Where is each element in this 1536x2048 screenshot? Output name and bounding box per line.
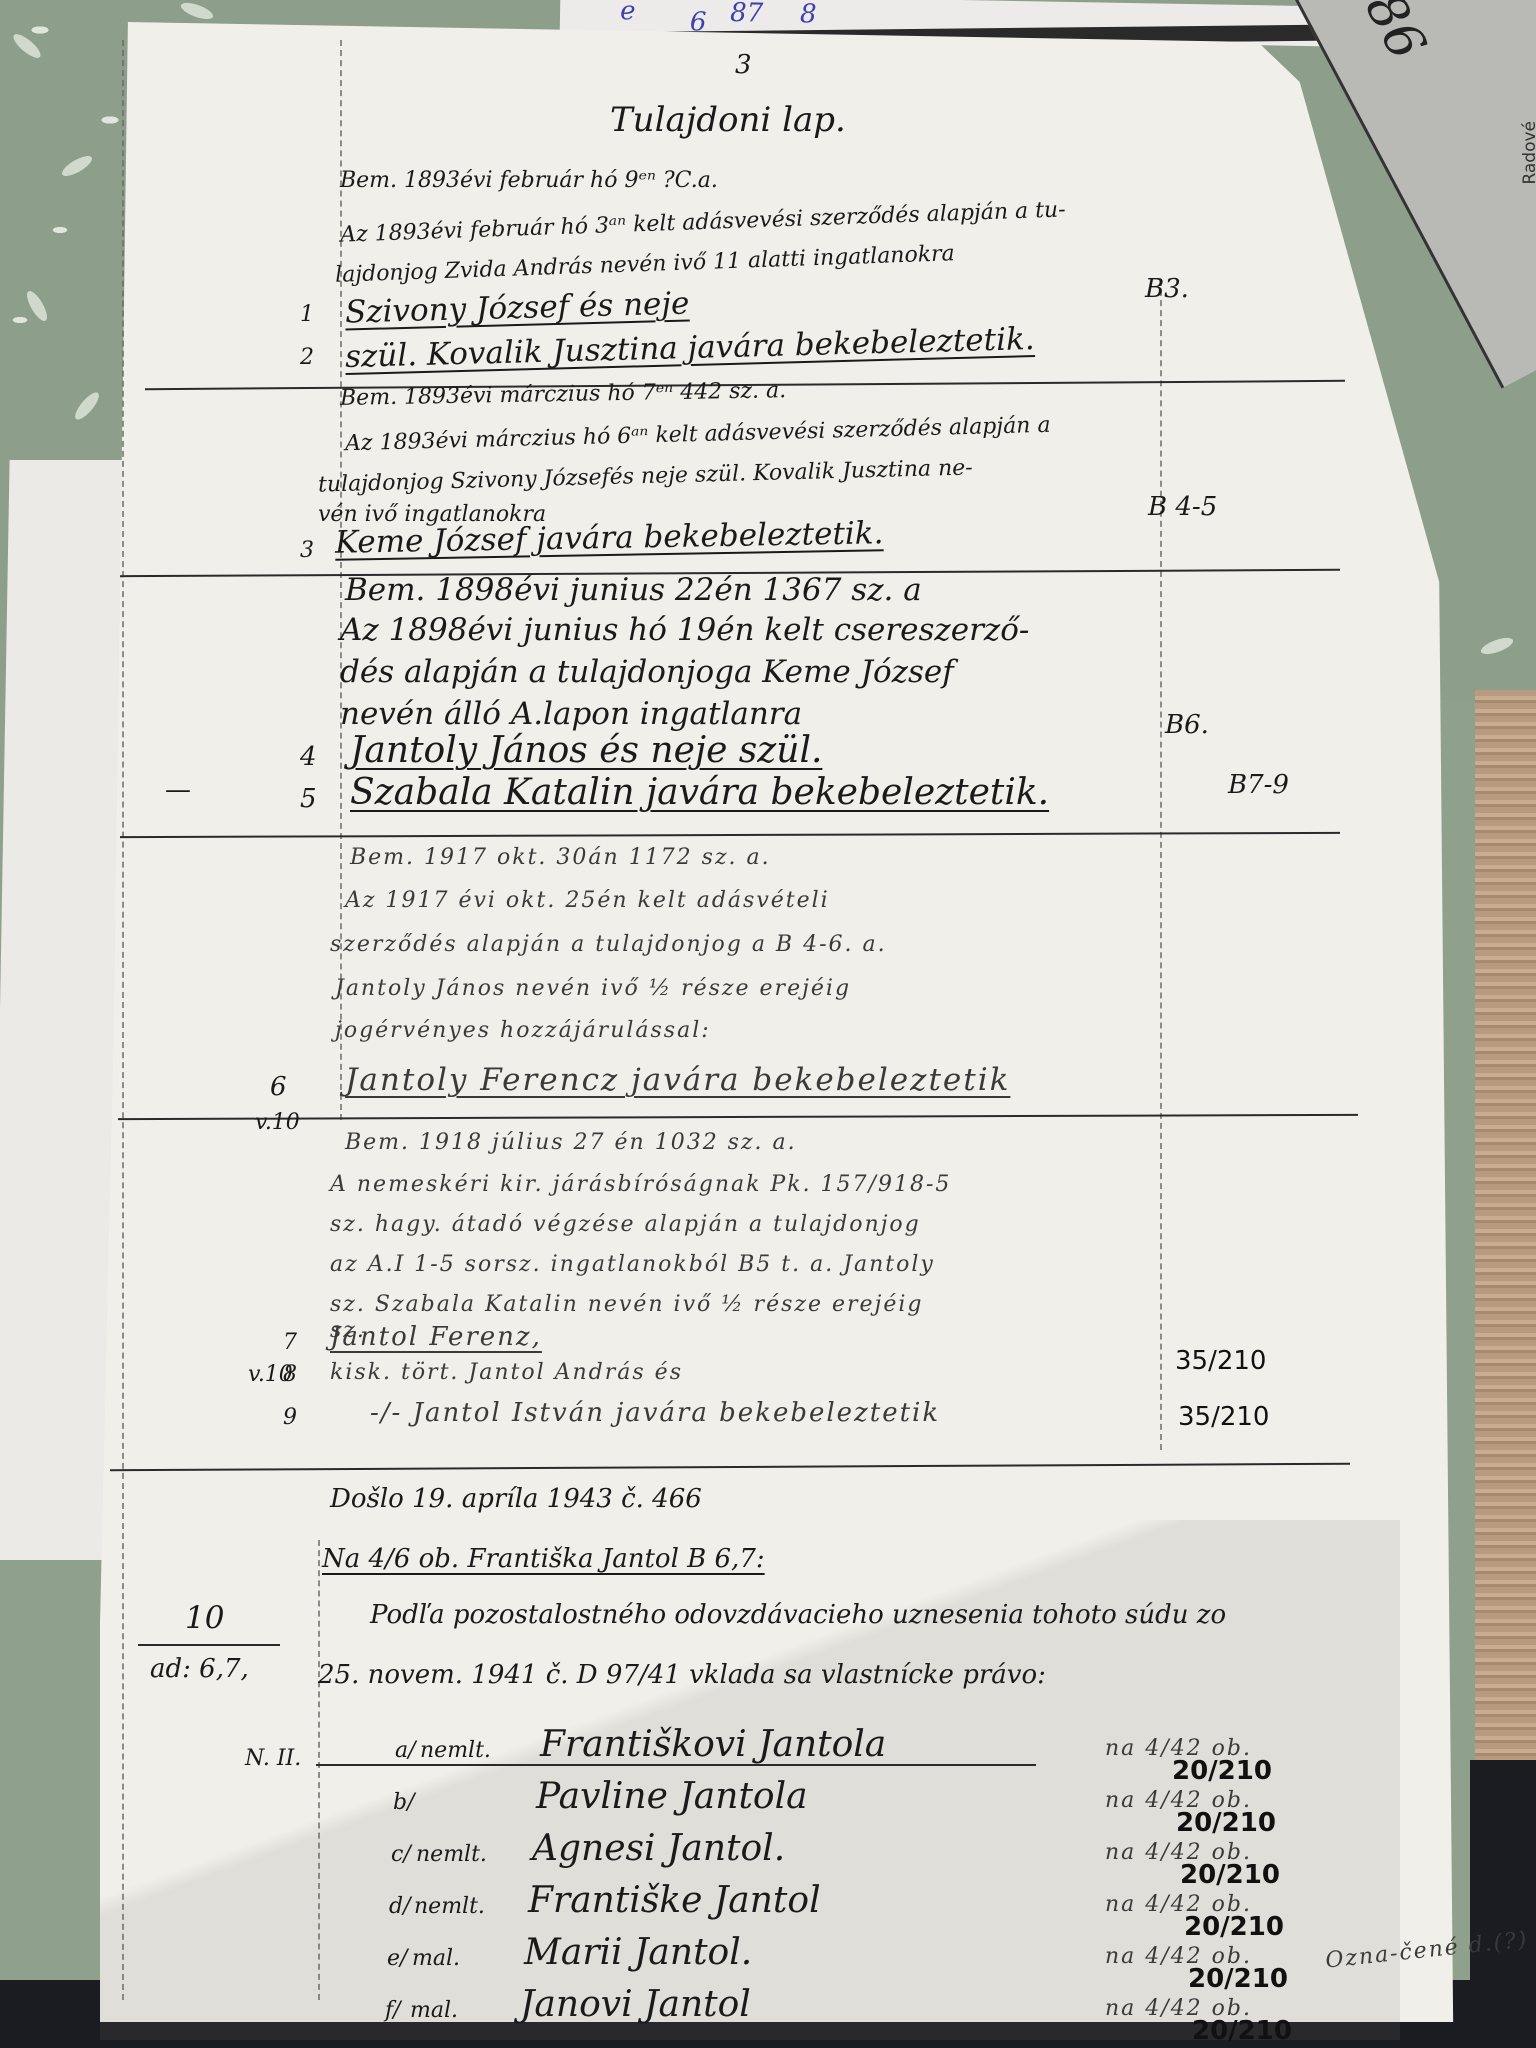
entry-text-line: 25. novem. 1941 č. D 97/41 vklada sa vla… <box>318 1660 1046 1690</box>
heir-prefix: mal. <box>412 1946 460 1971</box>
registration-note: Bem. 1918 július 27 én 1032 sz. a. <box>345 1130 797 1155</box>
blue-ink-mark: e <box>620 0 636 26</box>
entry-text-line: nevén álló A.lapon ingatlanra <box>340 696 802 732</box>
entry-text-line: az A.I 1-5 sorsz. ingatlanokból B5 t. a.… <box>330 1252 935 1277</box>
owner-number: 3 <box>300 538 314 563</box>
ownership-share: 20/210 <box>1172 1756 1272 1786</box>
ownership-share: 20/210 <box>1192 2016 1292 2046</box>
entry-text-line: szerződés alapján a tulajdonjog a B 4-6.… <box>330 932 887 957</box>
heir-label: e/ <box>387 1946 407 1971</box>
entry-text-line: sz. Szabala Katalin nevén ivő ½ része er… <box>330 1292 924 1317</box>
heir-prefix: nemlt. <box>416 1842 487 1867</box>
heir-label: b/ <box>393 1790 415 1815</box>
blue-ink-mark: 8 <box>800 0 817 29</box>
page-title: Tulajdoni lap. <box>610 100 846 140</box>
owner-number: 7 <box>283 1330 297 1355</box>
heir-prefix: nemlt. <box>414 1894 485 1919</box>
heir-prefix: mal. <box>410 1998 458 2023</box>
leaf-pattern <box>23 288 50 323</box>
entry-heading: Na 4/6 ob. Františka Jantol B 6,7: <box>322 1544 765 1574</box>
registration-note: Bem. 1893évi február hó 9ᵉⁿ ?C.a. <box>340 168 718 193</box>
heir-label: f/ <box>385 1998 401 2023</box>
entry-text-line: Az 1898évi junius hó 19én kelt csereszer… <box>340 612 1029 648</box>
sheet-reference: B6. <box>1165 710 1209 740</box>
registration-note: Bem. 1917 okt. 30án 1172 sz. a. <box>350 845 771 870</box>
owner-name: Jantol Ferenz, <box>330 1322 542 1352</box>
heir-prefix: nemlt. <box>420 1738 491 1763</box>
leaf-pattern <box>71 389 102 423</box>
sheet-reference: B7-9 <box>1228 770 1289 800</box>
owner-number: 9 <box>283 1405 297 1430</box>
ownership-share: 35/210 <box>1178 1402 1269 1432</box>
ownership-share: 35/210 <box>1175 1346 1266 1376</box>
entry-text-line: A nemeskéri kir. járásbíróságnak Pk. 157… <box>330 1172 951 1197</box>
margin-dash-mark: — <box>165 775 191 805</box>
heir-name: Agnesi Jantol. <box>532 1828 785 1869</box>
margin-reference: ad: 6,7, <box>150 1654 249 1684</box>
heir-label: d/ <box>389 1894 411 1919</box>
stamp-label: Radové číslo <box>1520 121 1536 185</box>
ownership-share: 20/210 <box>1176 1808 1276 1838</box>
heir-label: c/ <box>391 1842 411 1867</box>
ownership-share: 20/210 <box>1180 1860 1280 1890</box>
margin-note: v.10 <box>255 1110 300 1135</box>
heir-name: Janovi Jantol <box>520 1984 751 2025</box>
sheet-reference: B 4-5 <box>1148 492 1217 522</box>
received-note: Došlo 19. apríla 1943 č. 466 <box>330 1484 702 1514</box>
owner-name: Jantoly János és neje szül. <box>350 730 822 771</box>
registration-note: Bem. 1898évi junius 22én 1367 sz. a <box>345 572 922 608</box>
blue-ink-mark: 87 <box>730 0 764 29</box>
margin-sub-number: N. II. <box>245 1746 301 1771</box>
owner-name: -/- Jantol István javára bekebeleztetik <box>370 1398 940 1428</box>
entry-text-line: jogérvényes hozzájárulással: <box>335 1018 711 1043</box>
reference-column-rule <box>1160 280 1162 1450</box>
heir-label: a/ <box>395 1738 416 1763</box>
entry-text-line: Jantoly János nevén ivő ½ része erejéig <box>335 976 851 1001</box>
entry-text-line: Az 1917 évi okt. 25én kelt adásvételi <box>345 888 830 913</box>
leaf-pattern <box>59 152 94 179</box>
owner-name: Jantoly Ferencz javára bekebeleztetik <box>345 1062 1010 1098</box>
heir-name: Františke Jantol <box>528 1880 821 1921</box>
dark-surface <box>1470 1760 1536 2048</box>
column-rule <box>318 1540 320 2000</box>
leaf-pattern <box>1479 635 1515 658</box>
stamp-number: 86 <box>1353 0 1437 69</box>
owner-name: Szabala Katalin javára bekebeleztetik. <box>350 772 1049 813</box>
column-rule <box>340 40 342 1120</box>
owner-number: 6 <box>270 1072 287 1102</box>
page-number: 3 <box>735 50 752 80</box>
left-margin-rule <box>122 40 124 2000</box>
margin-note: v.10 <box>248 1362 293 1387</box>
owner-number: 2 <box>300 345 314 370</box>
heir-name: Pavline Jantola <box>536 1776 808 1817</box>
ownership-share: 20/210 <box>1184 1912 1284 1942</box>
heir-name: Marii Jantol. <box>524 1932 752 1973</box>
heir-name: Františkovi Jantola <box>540 1724 886 1765</box>
margin-fraction-bar <box>138 1644 280 1646</box>
entry-text-line: dés alapján a tulajdonjoga Keme József <box>340 654 954 690</box>
owner-number: 4 <box>300 742 317 772</box>
ownership-share: 20/210 <box>1188 1964 1288 1994</box>
stamp-label-line: Radové <box>1520 121 1536 185</box>
owner-number: 5 <box>300 784 317 814</box>
wooden-table-background <box>1475 690 1536 1770</box>
owner-name: kisk. tört. Jantol András és <box>330 1360 683 1385</box>
leaf-pattern <box>10 30 44 61</box>
margin-entry-number: 10 <box>185 1600 224 1636</box>
leaf-pattern <box>179 0 215 22</box>
sheet-reference: B3. <box>1145 274 1189 304</box>
entry-text-line: Podľa pozostalostného odovzdávacieho uzn… <box>370 1600 1226 1630</box>
entry-text-line: sz. hagy. átadó végzése alapján a tulajd… <box>330 1212 921 1237</box>
owner-number: 1 <box>300 302 314 327</box>
